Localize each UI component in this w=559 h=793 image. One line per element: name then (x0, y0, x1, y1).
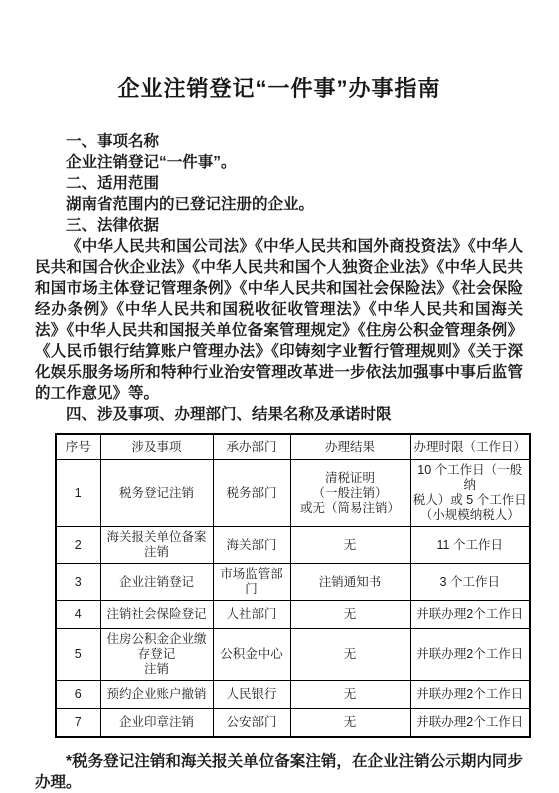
cell-no: 3 (56, 564, 100, 601)
cell-dept: 税务部门 (213, 460, 290, 527)
table-row: 4 注销社会保险登记 人社部门 无 并联办理2个工作日 (56, 601, 530, 629)
cell-time: 11 个工作日 (410, 527, 530, 564)
cell-result: 无 (290, 709, 410, 738)
table-header-row: 序号 涉及事项 承办部门 办理结果 办理时限（工作日） (56, 434, 530, 460)
cell-item: 税务登记注销 (100, 460, 213, 527)
cell-no: 5 (56, 629, 100, 681)
cell-dept: 公积金中心 (213, 629, 290, 681)
cell-time: 10 个工作日（一般纳 税人）或 5 个工作日 （小规模纳税人） (410, 460, 530, 527)
cell-dept: 市场监管部门 (213, 564, 290, 601)
cell-item: 预约企业账户撤销 (100, 681, 213, 709)
table-row: 2 海关报关单位备案注销 海关部门 无 11 个工作日 (56, 527, 530, 564)
cell-no: 4 (56, 601, 100, 629)
cell-item: 企业印章注销 (100, 709, 213, 738)
section-heading-legal-basis: 三、法律依据 (35, 215, 523, 236)
cell-item: 住房公积金企业缴存登记 注销 (100, 629, 213, 681)
cell-result: 无 (290, 527, 410, 564)
cell-time: 并联办理2个工作日 (410, 709, 530, 738)
cell-no: 1 (56, 460, 100, 527)
matters-table: 序号 涉及事项 承办部门 办理结果 办理时限（工作日） 1 税务登记注销 税务部… (55, 433, 531, 738)
table-row: 3 企业注销登记 市场监管部门 注销通知书 3 个工作日 (56, 564, 530, 601)
cell-result: 无 (290, 629, 410, 681)
section-heading-item-name: 一、事项名称 (35, 131, 523, 152)
table-row: 7 企业印章注销 公安部门 无 并联办理2个工作日 (56, 709, 530, 738)
cell-item: 企业注销登记 (100, 564, 213, 601)
table-row: 5 住房公积金企业缴存登记 注销 公积金中心 无 并联办理2个工作日 (56, 629, 530, 681)
col-header-item: 涉及事项 (100, 434, 213, 460)
cell-dept: 海关部门 (213, 527, 290, 564)
cell-dept: 公安部门 (213, 709, 290, 738)
cell-result: 无 (290, 681, 410, 709)
section-body-legal-basis: 《中华人民共和国公司法》《中华人民共和国外商投资法》《中华人民共和国合伙企业法》… (35, 236, 523, 404)
cell-time: 3 个工作日 (410, 564, 530, 601)
document-page: 企业注销登记“一件事”办事指南 一、事项名称 企业注销登记“一件事”。 二、适用… (0, 0, 559, 793)
cell-result: 无 (290, 601, 410, 629)
col-header-time: 办理时限（工作日） (410, 434, 530, 460)
cell-result: 清税证明 （一般注销） 或无（简易注销） (290, 460, 410, 527)
section-body-item-name: 企业注销登记“一件事”。 (35, 152, 523, 173)
cell-result: 注销通知书 (290, 564, 410, 601)
cell-item: 海关报关单位备案注销 (100, 527, 213, 564)
cell-no: 7 (56, 709, 100, 738)
section-body-scope: 湖南省范围内的已登记注册的企业。 (35, 194, 523, 215)
col-header-result: 办理结果 (290, 434, 410, 460)
cell-time: 并联办理2个工作日 (410, 629, 530, 681)
table-row: 1 税务登记注销 税务部门 清税证明 （一般注销） 或无（简易注销） 10 个工… (56, 460, 530, 527)
cell-item: 注销社会保险登记 (100, 601, 213, 629)
cell-time: 并联办理2个工作日 (410, 681, 530, 709)
cell-time: 并联办理2个工作日 (410, 601, 530, 629)
cell-no: 6 (56, 681, 100, 709)
col-header-no: 序号 (56, 434, 100, 460)
col-header-dept: 承办部门 (213, 434, 290, 460)
cell-dept: 人民银行 (213, 681, 290, 709)
footnote: *税务登记注销和海关报关单位备案注销，在企业注销公示期内同步办理。 (35, 751, 523, 793)
cell-no: 2 (56, 527, 100, 564)
section-heading-matters: 四、涉及事项、办理部门、结果名称及承诺时限 (35, 404, 523, 425)
section-heading-scope: 二、适用范围 (35, 173, 523, 194)
table-row: 6 预约企业账户撤销 人民银行 无 并联办理2个工作日 (56, 681, 530, 709)
cell-dept: 人社部门 (213, 601, 290, 629)
document-title: 企业注销登记“一件事”办事指南 (35, 72, 523, 103)
